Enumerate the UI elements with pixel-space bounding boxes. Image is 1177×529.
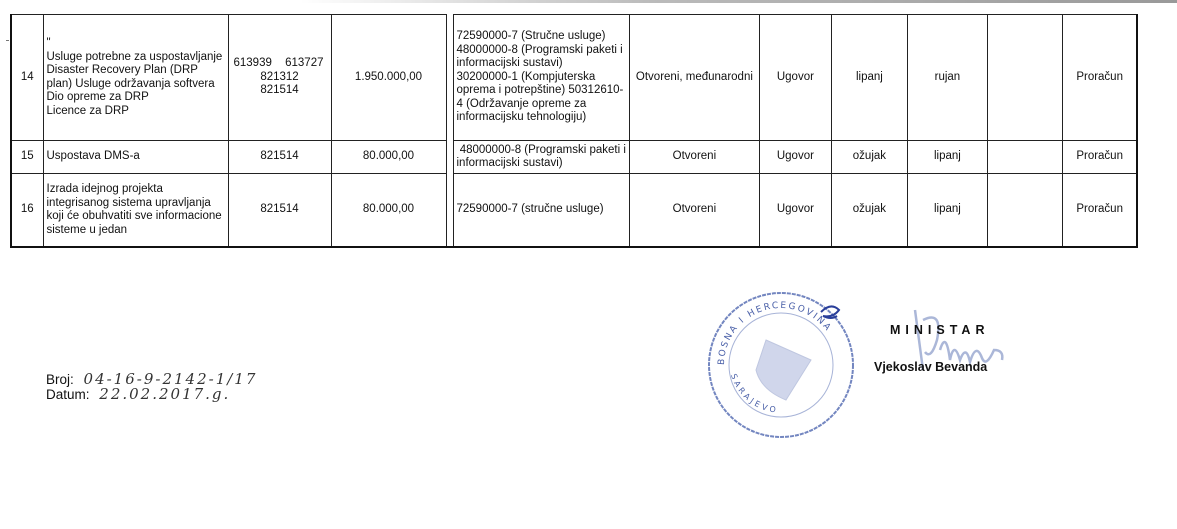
cpv-line: informacijski sustavi) <box>457 157 626 171</box>
account-codes-cell: 613939613727 821312 821514 <box>228 15 331 141</box>
cpv-line: oprema i potrepštine) 50312610- <box>457 84 626 98</box>
cpv-line: 48000000-8 (Programski paketi i <box>457 144 626 158</box>
scan-edge-shadow <box>300 0 1177 3</box>
start-month-cell: lipanj <box>831 15 907 141</box>
cpv-cell: 72590000-7 (Stručne usluge) 48000000-8 (… <box>453 15 629 141</box>
subject-cell: Uspostava DMS-a <box>43 141 228 174</box>
subject-line: koji će obuhvatiti sve informacione <box>47 210 225 224</box>
subject-line: Licence za DRP <box>47 105 225 119</box>
cpv-line: 30200000-1 (Kompjuterska <box>457 71 626 85</box>
subject-line: integrisanog sistema upravljanja <box>47 197 225 211</box>
funding-source-cell: Proračun <box>1062 15 1137 141</box>
funding-source-cell: Proračun <box>1062 174 1137 248</box>
subject-line: Dio opreme za DRP <box>47 91 225 105</box>
row-number: 15 <box>11 141 43 174</box>
reference-date: Datum: 22.02.2017.g. <box>46 387 257 402</box>
procedure-cell: Otvoreni, međunarodni <box>629 15 759 141</box>
account-code: 613727 <box>285 57 323 71</box>
account-code: 821312 <box>232 71 328 85</box>
broj-label: Broj: <box>46 372 74 387</box>
cpv-cell: 72590000-7 (stručne usluge) <box>453 174 629 248</box>
cpv-line: 48000000-8 (Programski paketi i <box>457 44 626 58</box>
account-code: 821514 <box>228 141 331 174</box>
cpv-line: 72590000-7 (Stručne usluge) <box>457 30 626 44</box>
procedure-cell: Otvoreni <box>629 141 759 174</box>
procurement-plan-table: 14 " Usluge potrebne za uspostavljanje D… <box>10 14 1138 248</box>
column-gap <box>446 15 453 141</box>
funding-source-cell: Proračun <box>1062 141 1137 174</box>
subject-line: Usluge potrebne za uspostavljanje <box>47 51 225 65</box>
end-month-cell: lipanj <box>907 174 987 248</box>
table-row: 16 Izrada idejnog projekta integrisanog … <box>11 174 1137 248</box>
subject-line: sisteme u jedan <box>47 224 225 238</box>
account-code: 613939 <box>234 57 272 71</box>
column-gap <box>446 174 453 248</box>
official-stamp-icon: BOSNA I HERCEGOVINA SARAJEVO <box>706 290 856 440</box>
datum-value: 22.02.2017.g. <box>99 385 230 403</box>
amount-cell: 80.000,00 <box>331 174 446 248</box>
amount-cell: 80.000,00 <box>331 141 446 174</box>
contract-type-cell: Ugovor <box>759 141 831 174</box>
column-gap <box>446 141 453 174</box>
note-cell <box>987 174 1062 248</box>
cpv-line: 4 (Održavanje opreme za <box>457 98 626 112</box>
scan-mark <box>6 40 9 41</box>
row-number: 14 <box>11 15 43 141</box>
signatory-name: Vjekoslav Bevanda <box>874 360 987 374</box>
cpv-cell: 48000000-8 (Programski paketi i informac… <box>453 141 629 174</box>
row-number: 16 <box>11 174 43 248</box>
end-month-cell: rujan <box>907 15 987 141</box>
subject-line: plan) Usluge održavanja softvera <box>47 78 225 92</box>
cpv-line: informacijsku tehnologiju) <box>457 111 626 125</box>
procedure-cell: Otvoreni <box>629 174 759 248</box>
subject-line: Izrada idejnog projekta <box>47 183 225 197</box>
subject-line: " <box>47 37 225 51</box>
account-code: 821514 <box>232 84 328 98</box>
table-row: 14 " Usluge potrebne za uspostavljanje D… <box>11 15 1137 141</box>
subject-cell: Izrada idejnog projekta integrisanog sis… <box>43 174 228 248</box>
subject-line: Disaster Recovery Plan (DRP <box>47 64 225 78</box>
subject-cell: " Usluge potrebne za uspostavljanje Disa… <box>43 15 228 141</box>
note-cell <box>987 15 1062 141</box>
datum-label: Datum: <box>46 387 90 402</box>
account-code: 821514 <box>228 174 331 248</box>
start-month-cell: ožujak <box>831 174 907 248</box>
cpv-line: informacijski sustavi) <box>457 57 626 71</box>
amount-cell: 1.950.000,00 <box>331 15 446 141</box>
end-month-cell: lipanj <box>907 141 987 174</box>
signatory-title: MINISTAR <box>890 323 990 337</box>
document-reference: Broj: 04-16-9-2142-1/17 Datum: 22.02.201… <box>46 372 257 402</box>
contract-type-cell: Ugovor <box>759 15 831 141</box>
contract-type-cell: Ugovor <box>759 174 831 248</box>
table-row: 15 Uspostava DMS-a 821514 80.000,00 4800… <box>11 141 1137 174</box>
note-cell <box>987 141 1062 174</box>
start-month-cell: ožujak <box>831 141 907 174</box>
